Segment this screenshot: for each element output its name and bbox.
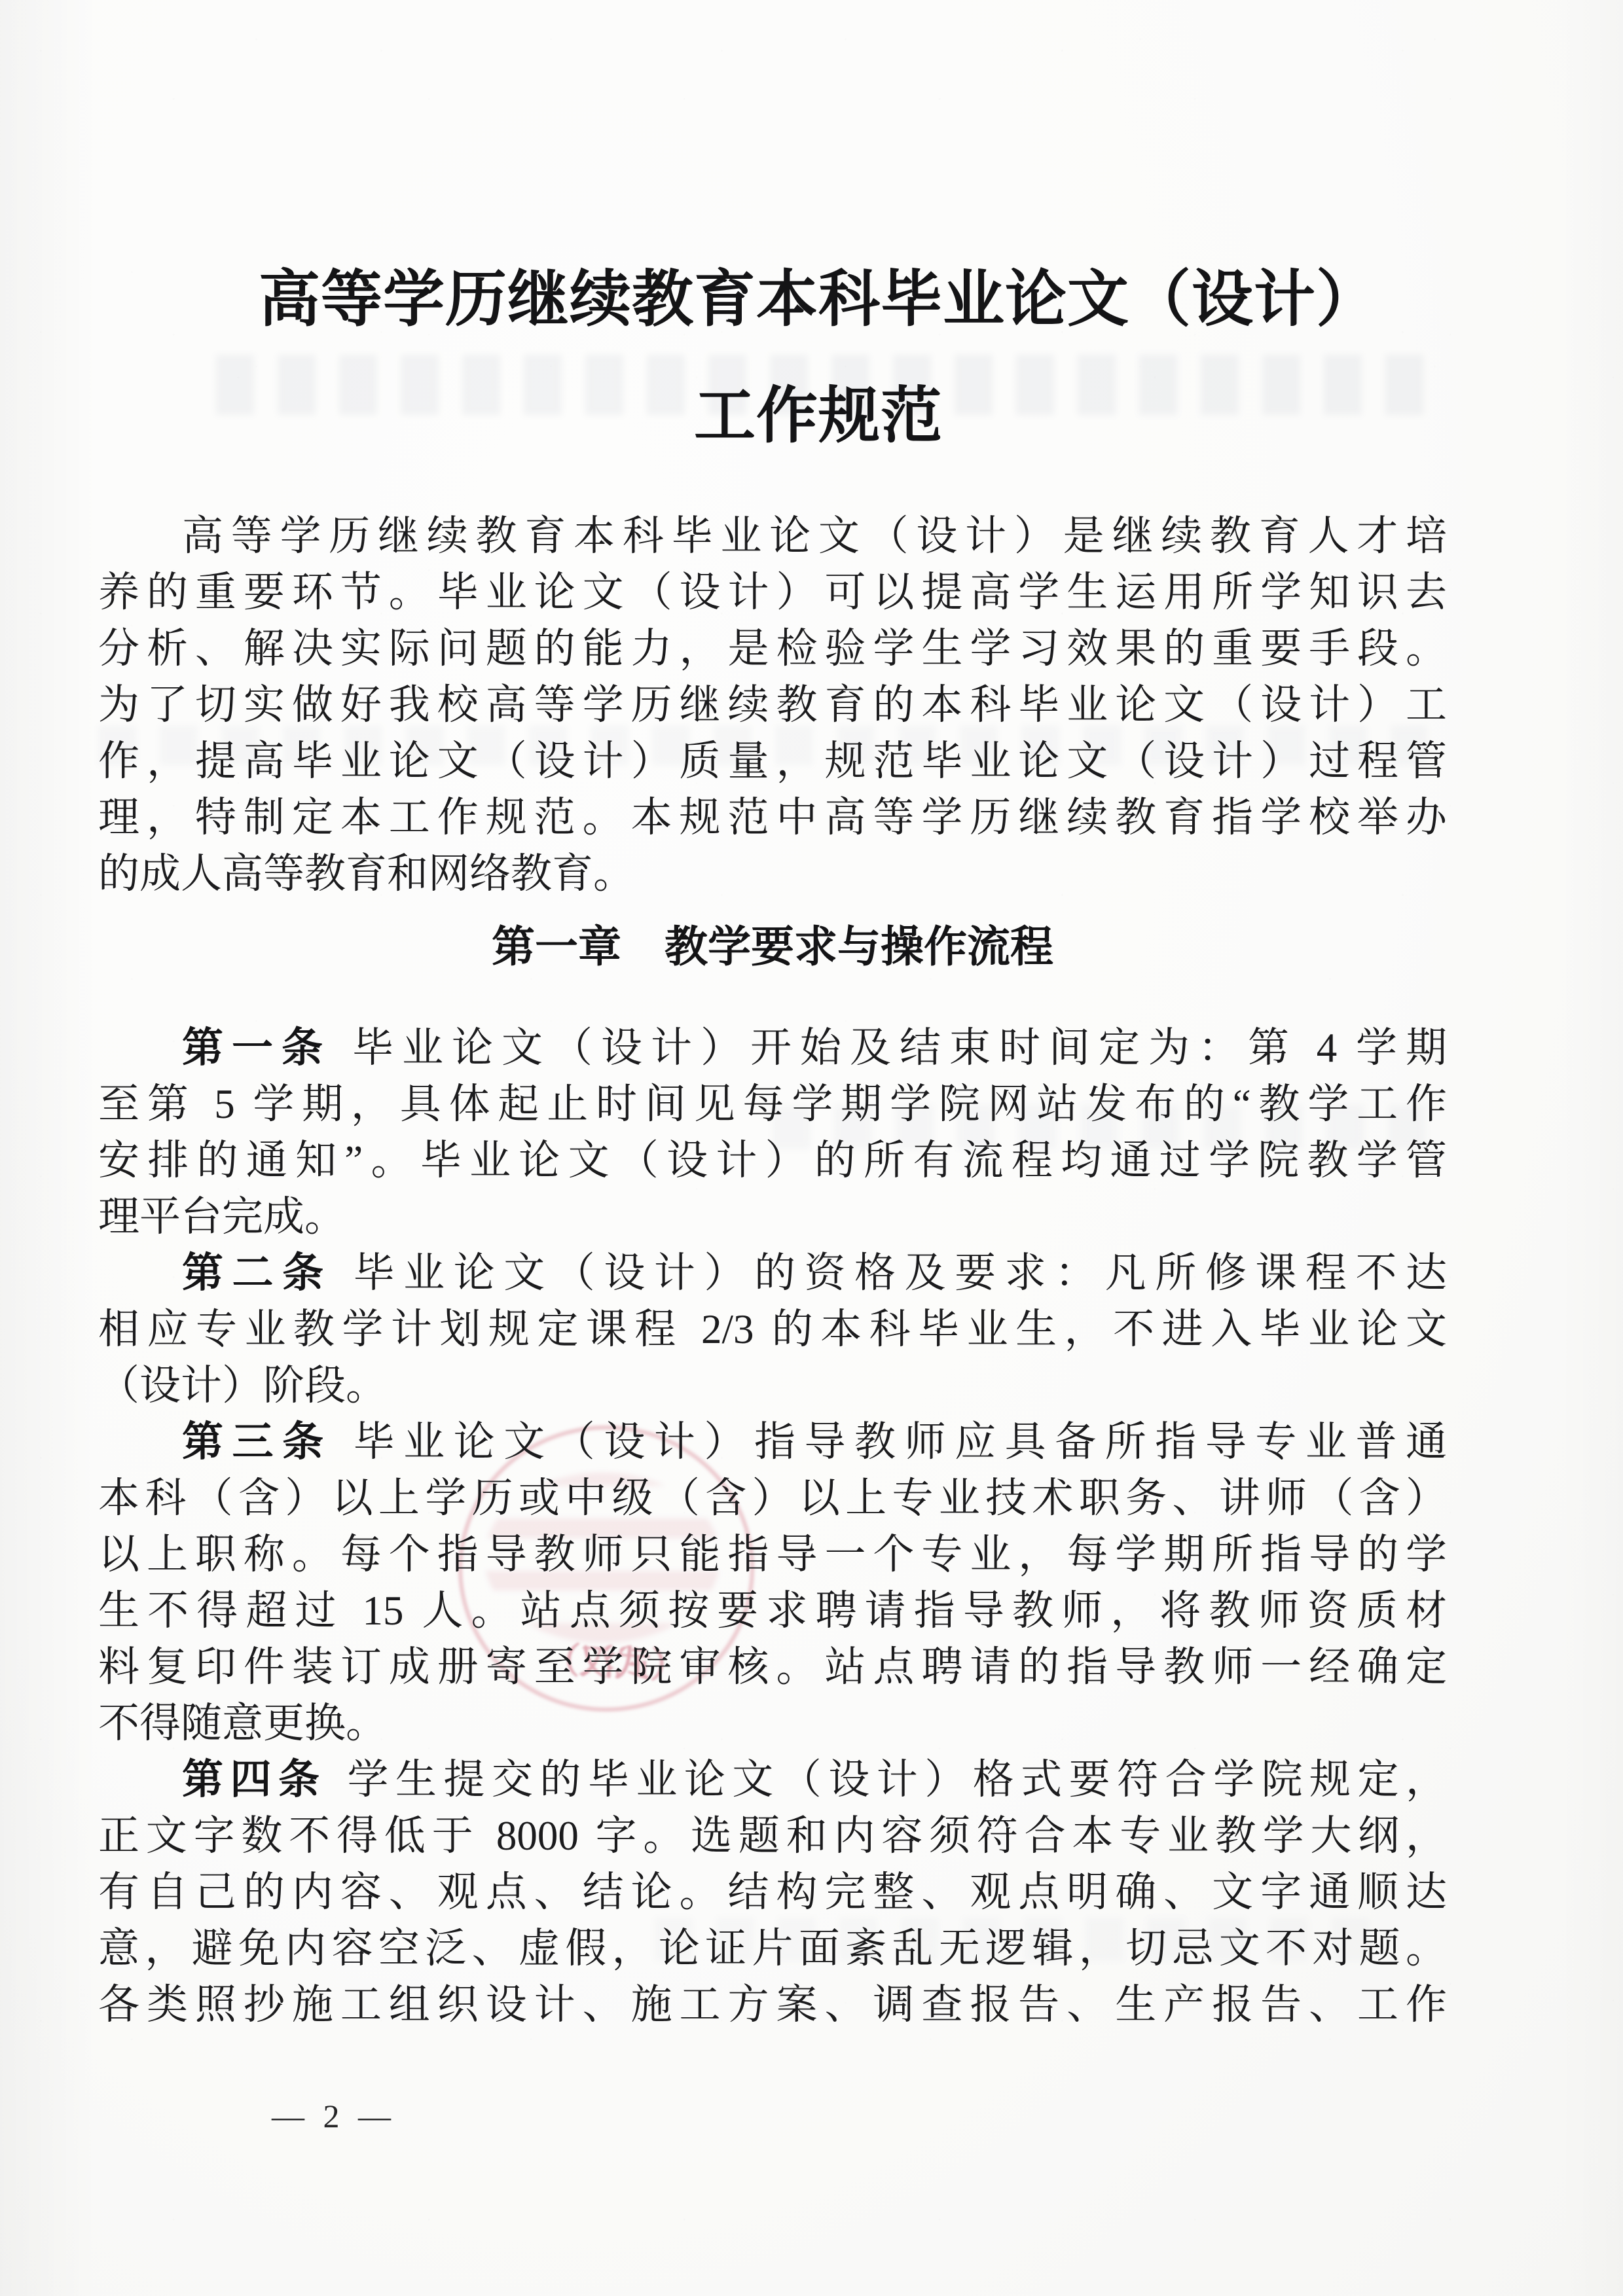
article-number: 第三条 xyxy=(182,1419,333,1465)
page-number: — 2 — xyxy=(272,2097,396,2135)
body-line: 以上职称。每个指导教师只能指导一个专业，每学期所指导的学 xyxy=(98,1526,1447,1583)
body-line: 理平台完成。 xyxy=(98,1189,1447,1245)
body-line: 的成人高等教育和网络教育。 xyxy=(98,846,1447,902)
line-text: 毕业论文（设计）开始及结束时间定为：第 4 学期 xyxy=(352,1025,1447,1071)
body-line: 相应专业教学计划规定课程 2/3 的本科毕业生，不进入毕业论文 xyxy=(98,1301,1447,1357)
body-line: 养的重要环节。毕业论文（设计）可以提高学生运用所学知识去 xyxy=(98,564,1447,620)
body-line: 分析、解决实际问题的能力，是检验学生学习效果的重要手段。 xyxy=(98,620,1447,677)
body-line: 意，避免内容空泛、虚假，论证片面紊乱无逻辑，切忌文不对题。 xyxy=(98,1920,1447,1977)
document-page: （武汉） 高等学历继续教育本科毕业论文（设计）工作规范 高等学历继续教育本科毕业… xyxy=(0,0,1623,2296)
body-line: 生不得超过 15 人。站点须按要求聘请指导教师，将教师资质材 xyxy=(98,1583,1447,1639)
body-line: 作，提高毕业论文（设计）质量，规范毕业论文（设计）过程管 xyxy=(98,733,1447,789)
body-line: 正文字数不得低于 8000 字。选题和内容须符合本专业教学大纲， xyxy=(98,1808,1447,1864)
line-text: 毕业论文（设计）指导教师应具备所指导专业普通 xyxy=(354,1419,1447,1465)
body-line: 不得随意更换。 xyxy=(98,1695,1447,1751)
body-line: 有自己的内容、观点、结论。结构完整、观点明确、文字通顺达 xyxy=(98,1864,1447,1920)
document-title-line1: 高等学历继续教育本科毕业论文（设计） xyxy=(259,264,1378,333)
body-line: 理，特制定本工作规范。本规范中高等学历继续教育指学校举办 xyxy=(98,789,1447,846)
body-line: （设计）阶段。 xyxy=(98,1357,1447,1414)
body-line: 料复印件装订成册寄至学院审核。站点聘请的指导教师一经确定 xyxy=(98,1639,1447,1695)
body-line: 至第 5 学期，具体起止时间见每学期学院网站发布的“教学工作 xyxy=(98,1076,1447,1132)
article-first-line: 第三条毕业论文（设计）指导教师应具备所指导专业普通 xyxy=(98,1414,1447,1470)
body-line: 为了切实做好我校高等学历继续教育的本科毕业论文（设计）工 xyxy=(98,677,1447,733)
article-number: 第四条 xyxy=(182,1757,326,1803)
document-title-line2: 工作规范 xyxy=(694,381,943,450)
article-number: 第一条 xyxy=(182,1025,331,1071)
body-line: 安排的通知”。毕业论文（设计）的所有流程均通过学院教学管 xyxy=(98,1132,1447,1189)
body-line: 本科（含）以上学历或中级（含）以上专业技术职务、讲师（含） xyxy=(98,1470,1447,1526)
document-body: 高等学历继续教育本科毕业论文（设计）是继续教育人才培养的重要环节。毕业论文（设计… xyxy=(98,508,1447,2033)
article-first-line: 第四条学生提交的毕业论文（设计）格式要符合学院规定， xyxy=(98,1751,1447,1808)
chapter-heading: 第一章 教学要求与操作流程 xyxy=(98,914,1447,979)
article-first-line: 第二条毕业论文（设计）的资格及要求：凡所修课程不达 xyxy=(98,1245,1447,1301)
line-text: 毕业论文（设计）的资格及要求：凡所修课程不达 xyxy=(354,1250,1447,1296)
body-line: 各类照抄施工组织设计、施工方案、调查报告、生产报告、工作 xyxy=(98,1977,1447,2033)
line-text: 学生提交的毕业论文（设计）格式要符合学院规定， xyxy=(347,1757,1447,1803)
document-content: 高等学历继续教育本科毕业论文（设计）工作规范 高等学历继续教育本科毕业论文（设计… xyxy=(98,0,1447,2033)
document-title: 高等学历继续教育本科毕业论文（设计）工作规范 xyxy=(144,0,1493,474)
article-number: 第二条 xyxy=(182,1250,333,1296)
article-first-line: 第一条毕业论文（设计）开始及结束时间定为：第 4 学期 xyxy=(98,1020,1447,1076)
body-line: 高等学历继续教育本科毕业论文（设计）是继续教育人才培 xyxy=(98,508,1447,564)
